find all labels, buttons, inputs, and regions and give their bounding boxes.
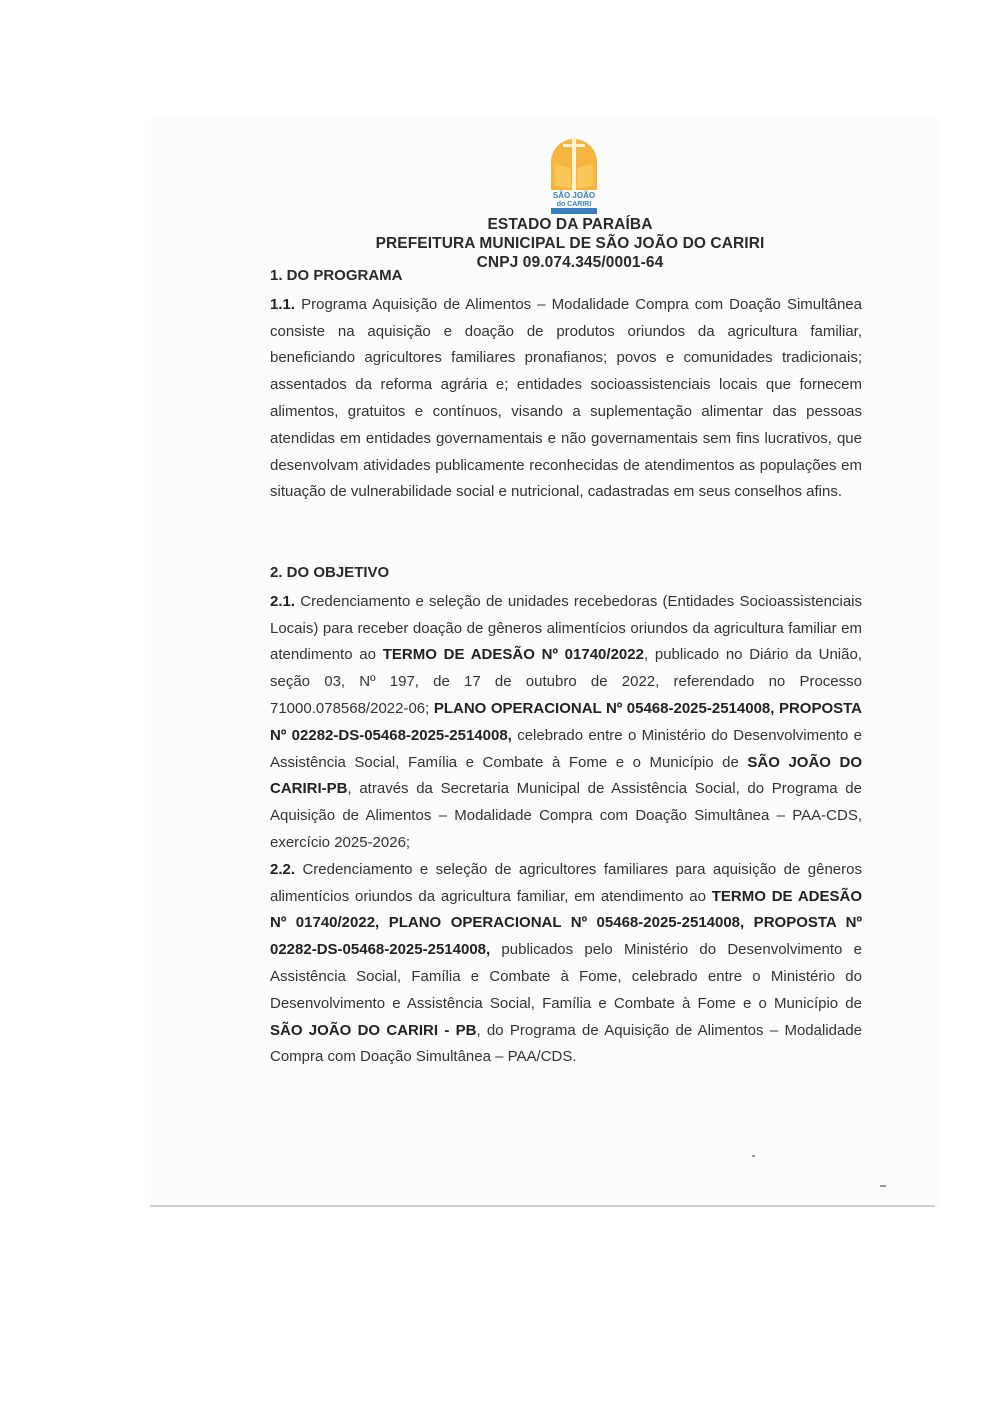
clause-text: Programa Aquisição de Alimentos – Modali…: [270, 296, 862, 501]
clause-2-1: 2.1. Credenciamento e seleção de unidade…: [270, 589, 862, 857]
scan-speck: [880, 1185, 886, 1187]
clause-2-2: 2.2. Credenciamento e seleção de agricul…: [270, 857, 862, 1071]
clause-number: 2.2.: [270, 861, 295, 878]
clause-1-1: 1.1. Programa Aquisição de Alimentos – M…: [270, 292, 862, 506]
clause-text: , através da Secretaria Municipal de Ass…: [270, 780, 862, 851]
svg-text:do CARIRI: do CARIRI: [557, 201, 592, 208]
clause-bold-ref: TERMO DE ADESÃO Nº 01740/2022: [383, 646, 644, 663]
clause-number: 2.1.: [270, 593, 295, 610]
svg-text:SÃO JOÃO: SÃO JOÃO: [553, 191, 595, 200]
scan-edge-line: [150, 1205, 935, 1207]
section-programa: 1. DO PROGRAMA 1.1. Programa Aquisição d…: [270, 263, 862, 506]
prefeitura-heading: PREFEITURA MUNICIPAL DE SÃO JOÃO DO CARI…: [330, 235, 810, 253]
clause-bold-ref: SÃO JOÃO DO CARIRI - PB: [270, 1022, 476, 1039]
section-title: 2. DO OBJETIVO: [270, 560, 862, 587]
sao-joao-do-cariri-emblem-icon: SÃO JOÃO do CARIRI: [545, 122, 603, 214]
state-heading: ESTADO DA PARAÍBA: [330, 216, 810, 234]
section-title: 1. DO PROGRAMA: [270, 263, 862, 290]
scan-speck: [752, 1155, 755, 1157]
section-objetivo: 2. DO OBJETIVO 2.1. Credenciamento e sel…: [270, 560, 862, 1071]
clause-number: 1.1.: [270, 296, 295, 313]
